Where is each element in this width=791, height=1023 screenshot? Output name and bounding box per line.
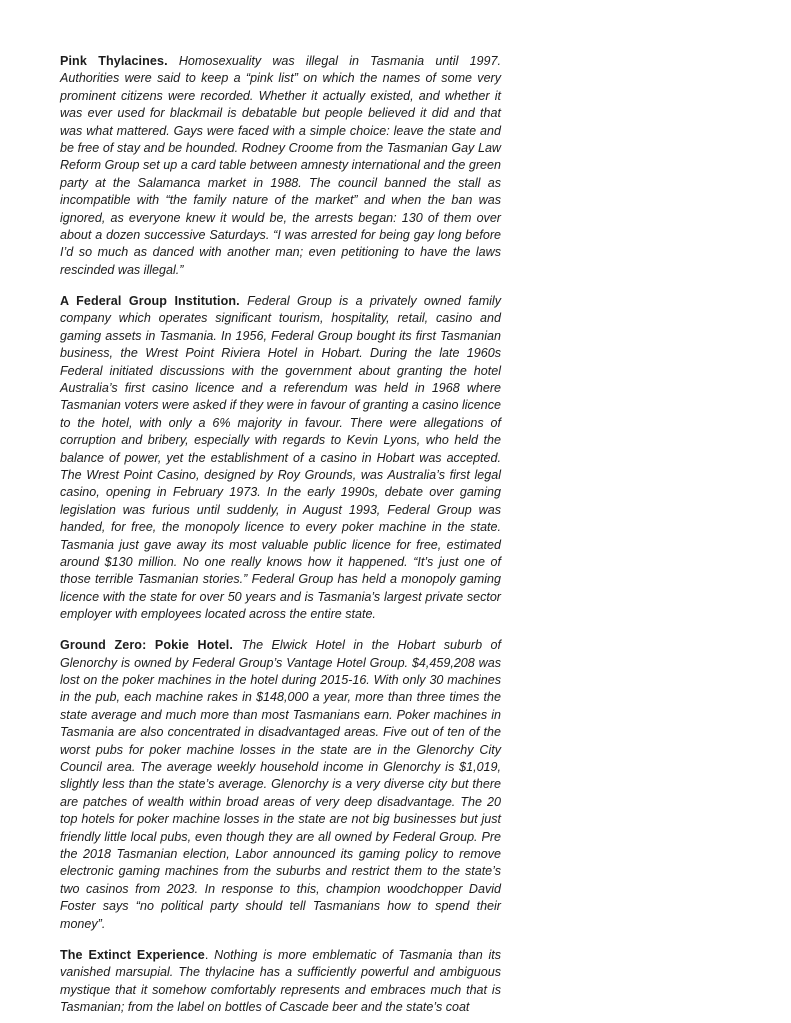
paragraph-heading: The Extinct Experience: [60, 948, 205, 962]
paragraph-extinct-experience: The Extinct Experience. Nothing is more …: [60, 947, 501, 1017]
paragraph-federal-group-institution: A Federal Group Institution. Federal Gro…: [60, 293, 501, 624]
paragraph-body: Federal Group is a privately owned famil…: [60, 294, 501, 621]
paragraph-heading-punctuation: .: [205, 948, 209, 962]
paragraph-body: Homosexuality was illegal in Tasmania un…: [60, 54, 501, 277]
paragraph-ground-zero-pokie-hotel: Ground Zero: Pokie Hotel. The Elwick Hot…: [60, 637, 501, 933]
paragraph-pink-thylacines: Pink Thylacines. Homosexuality was illeg…: [60, 53, 501, 279]
document-page: Pink Thylacines. Homosexuality was illeg…: [60, 53, 501, 1023]
paragraph-heading: Pink Thylacines.: [60, 54, 168, 68]
paragraph-heading: A Federal Group Institution.: [60, 294, 240, 308]
paragraph-body: The Elwick Hotel in the Hobart suburb of…: [60, 638, 501, 931]
paragraph-heading: Ground Zero: Pokie Hotel.: [60, 638, 233, 652]
